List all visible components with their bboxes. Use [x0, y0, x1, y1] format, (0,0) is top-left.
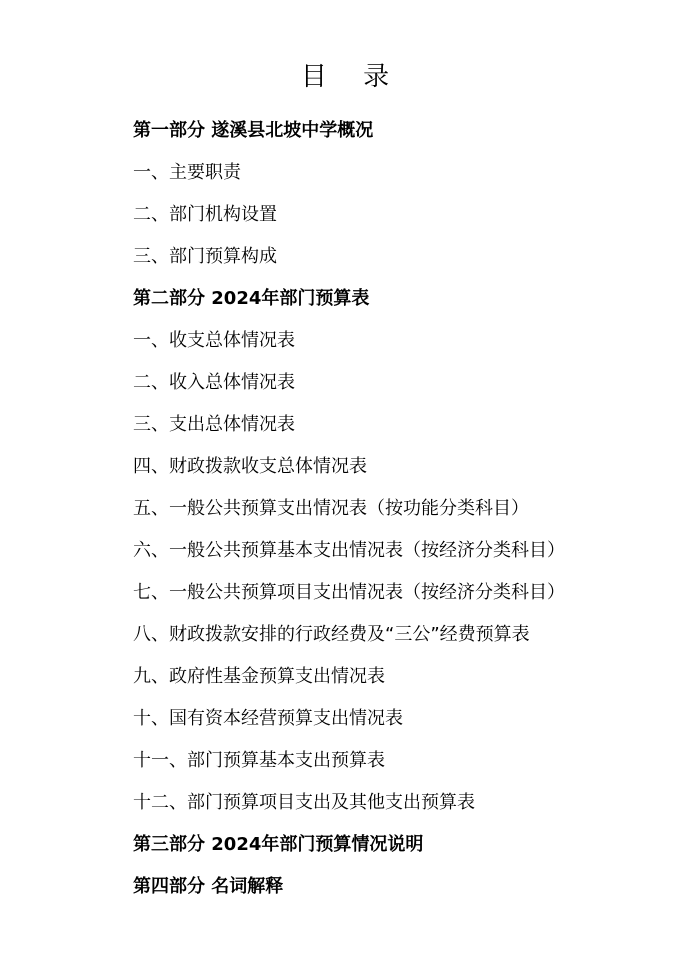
toc-item: 八、财政拨款安排的行政经费及“三公”经费预算表 [133, 622, 565, 664]
toc-item: 九、政府性基金预算支出情况表 [133, 664, 565, 706]
page-title: 目 录 [0, 56, 690, 93]
toc-item: 三、支出总体情况表 [133, 412, 565, 454]
toc-part-2: 第二部分 2024年部门预算表 [133, 286, 565, 328]
toc-item: 十、国有资本经营预算支出情况表 [133, 706, 565, 748]
toc-item: 五、一般公共预算支出情况表（按功能分类科目） [133, 496, 565, 538]
toc-item: 一、主要职责 [133, 160, 565, 202]
toc-item: 四、财政拨款收支总体情况表 [133, 454, 565, 496]
toc-item: 十二、部门预算项目支出及其他支出预算表 [133, 790, 565, 832]
table-of-contents: 第一部分 遂溪县北坡中学概况 一、主要职责 二、部门机构设置 三、部门预算构成 … [133, 118, 565, 916]
toc-item: 一、收支总体情况表 [133, 328, 565, 370]
toc-part-1: 第一部分 遂溪县北坡中学概况 [133, 118, 565, 160]
toc-item: 三、部门预算构成 [133, 244, 565, 286]
toc-item: 二、收入总体情况表 [133, 370, 565, 412]
toc-part-3: 第三部分 2024年部门预算情况说明 [133, 832, 565, 874]
toc-item: 七、一般公共预算项目支出情况表（按经济分类科目） [133, 580, 565, 622]
toc-item: 十一、部门预算基本支出预算表 [133, 748, 565, 790]
toc-part-4: 第四部分 名词解释 [133, 874, 565, 916]
toc-item: 二、部门机构设置 [133, 202, 565, 244]
toc-item: 六、一般公共预算基本支出情况表（按经济分类科目） [133, 538, 565, 580]
